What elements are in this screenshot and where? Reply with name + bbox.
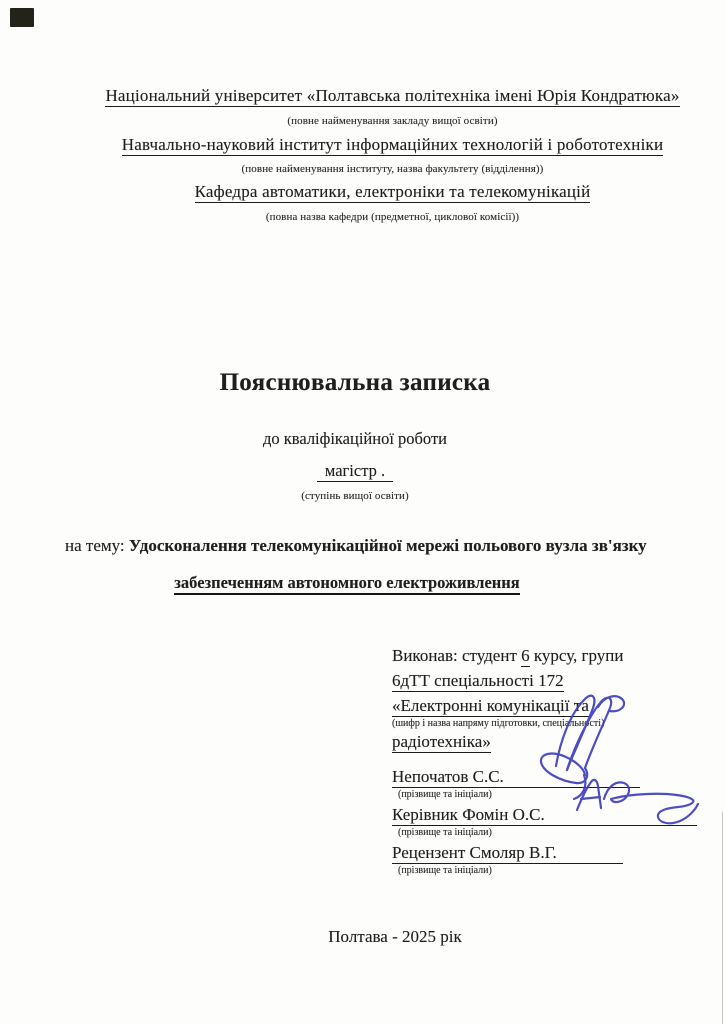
document-title: Пояснювальна записка bbox=[0, 369, 710, 397]
institute-note: (повне найменування інституту, назва фак… bbox=[60, 163, 725, 175]
document-subtitle: до кваліфікаційної роботи bbox=[0, 429, 710, 449]
executor-line-1: Виконав: студент 6 курсу, групи bbox=[392, 646, 722, 666]
theme-text-2: забезпеченням автономного електроживленн… bbox=[174, 573, 519, 595]
institute-name: Навчально-науковий інститут інформаційни… bbox=[60, 135, 725, 155]
supervisor-row: Керівник Фомін О.С. bbox=[392, 805, 697, 826]
theme-prefix: на тему: bbox=[65, 536, 129, 555]
header-block: Національний університет «Полтавська пол… bbox=[60, 86, 725, 223]
university-note: (повне найменування закладу вищої освіти… bbox=[60, 115, 725, 127]
executor-line-2: 6дТТ спеціальності 172 bbox=[392, 671, 722, 691]
student-name-note: (прізвище та ініціали) bbox=[398, 789, 722, 800]
degree-note: (ступінь вищої освіти) bbox=[0, 490, 710, 502]
title-block: Пояснювальна записка до кваліфікаційної … bbox=[0, 369, 710, 502]
executor-block: Виконав: студент 6 курсу, групи 6дТТ спе… bbox=[392, 646, 722, 876]
scan-corner-mark bbox=[10, 8, 34, 27]
university-name: Національний університет «Полтавська пол… bbox=[60, 86, 725, 106]
theme-line-1: на тему: Удосконалення телекомунікаційно… bbox=[65, 536, 725, 556]
theme-line-2: забезпеченням автономного електроживленн… bbox=[0, 573, 694, 593]
specialty-note: (шифр і назва напряму підготовки, спеціа… bbox=[392, 718, 722, 729]
department-name: Кафедра автоматики, електроніки та телек… bbox=[60, 182, 725, 202]
course-number: 6 bbox=[521, 646, 530, 667]
executor-line-3: «Електронні комунікації та bbox=[392, 696, 722, 716]
theme-text-1: Удосконалення телекомунікаційної мережі … bbox=[129, 536, 647, 556]
supervisor-note: (прізвище та ініціали) bbox=[398, 827, 722, 838]
executor-line-4: радіотехніка» bbox=[392, 732, 722, 752]
reviewer-row: Рецензент Смоляр В.Г. bbox=[392, 843, 623, 864]
department-note: (повна назва кафедри (предметної, циклов… bbox=[60, 211, 725, 223]
student-name-row: Непочатов С.С. bbox=[392, 767, 640, 788]
footer-city-year: Полтава - 2025 рік bbox=[65, 927, 725, 947]
scan-edge-line bbox=[722, 812, 723, 1024]
degree-line: магістр . bbox=[0, 461, 710, 481]
reviewer-note: (прізвище та ініціали) bbox=[398, 865, 722, 876]
